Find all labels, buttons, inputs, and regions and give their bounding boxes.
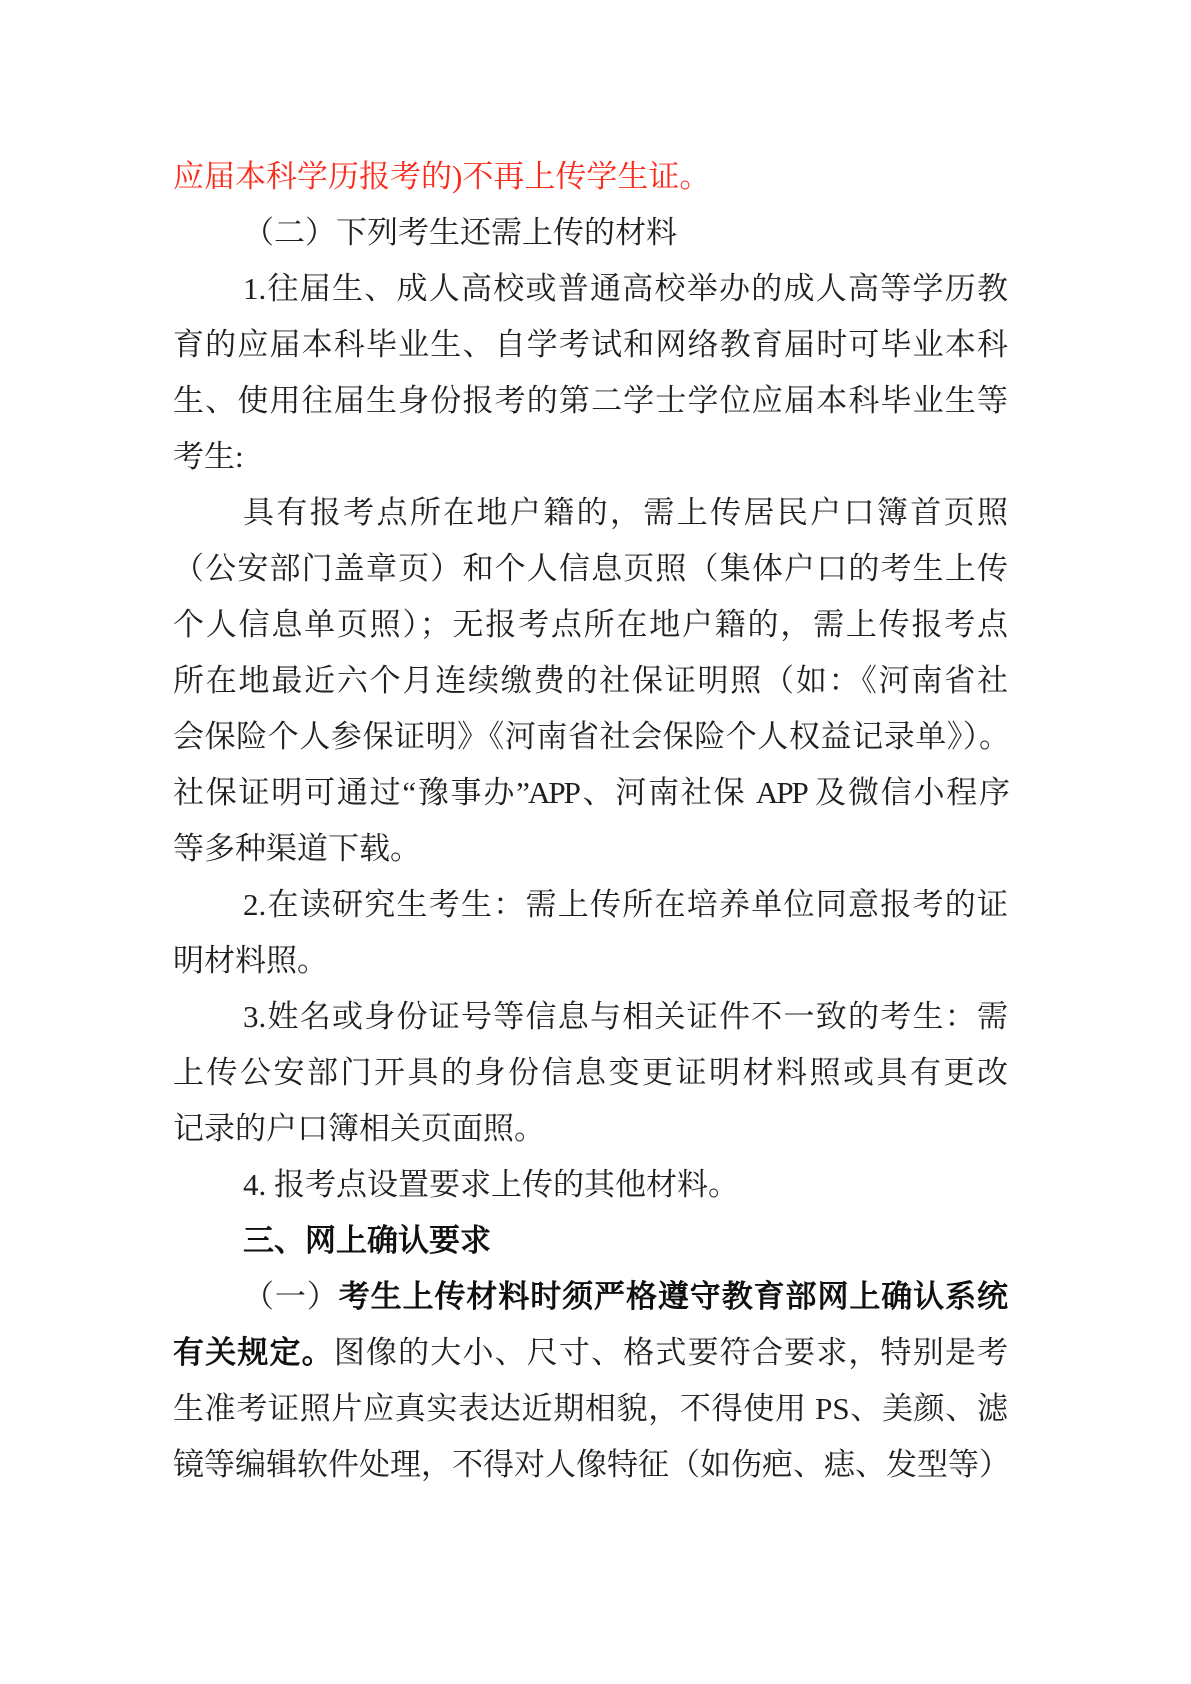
text-run: 上传公安部门开具的身份信息变更证明材料照或具有更改 — [173, 1055, 1008, 1090]
text-line: 记录的户口簿相关页面照。 — [173, 1101, 1008, 1157]
text-content: 应届本科学历报考的)不再上传学生证。（二）下列考生还需上传的材料1.往届生、成人… — [173, 149, 1008, 1493]
text-line: 社保证明可通过“豫事办”APP、河南社保 APP 及微信小程序 — [173, 765, 1008, 821]
text-run: 1.往届生、成人高校或普通高校举办的成人高等学历教 — [243, 271, 1008, 306]
text-line: 个人信息单页照）；无报考点所在地户籍的，需上传报考点 — [173, 597, 1008, 653]
text-line: 3.姓名或身份证号等信息与相关证件不一致的考生：需 — [173, 989, 1008, 1045]
text-line: 生、使用往届生身份报考的第二学士学位应届本科毕业生等 — [173, 373, 1008, 429]
text-run: 记录的户口簿相关页面照。 — [173, 1111, 545, 1146]
text-line: 2.在读研究生考生：需上传所在培养单位同意报考的证 — [173, 877, 1008, 933]
text-run: 所在地最近六个月连续缴费的社保证明照（如：《河南省社 — [173, 663, 1008, 698]
text-line: 4. 报考点设置要求上传的其他材料。 — [173, 1157, 1008, 1213]
text-line: 考生: — [173, 429, 1008, 485]
text-line: 会保险个人参保证明》《河南省社会保险个人权益记录单》）。 — [173, 709, 1008, 765]
text-run: 3.姓名或身份证号等信息与相关证件不一致的考生：需 — [243, 999, 1008, 1034]
bold-text-run: 考生上传材料时须严格遵守教育部网上确认系统 — [339, 1279, 1008, 1314]
section-heading: 三、网上确认要求 — [173, 1213, 1008, 1269]
text-line: 上传公安部门开具的身份信息变更证明材料照或具有更改 — [173, 1045, 1008, 1101]
text-line: 等多种渠道下载。 — [173, 821, 1008, 877]
text-line: （二）下列考生还需上传的材料 — [173, 205, 1008, 261]
text-line: 所在地最近六个月连续缴费的社保证明照（如：《河南省社 — [173, 653, 1008, 709]
text-line: 镜等编辑软件处理，不得对人像特征（如伤疤、痣、发型等） — [173, 1437, 1008, 1493]
text-line: （一）考生上传材料时须严格遵守教育部网上确认系统 — [173, 1269, 1008, 1325]
text-line: 明材料照。 — [173, 933, 1008, 989]
text-run: 2.在读研究生考生：需上传所在培养单位同意报考的证 — [243, 887, 1008, 922]
text-line: （公安部门盖章页）和个人信息页照（集体户口的考生上传 — [173, 541, 1008, 597]
text-run: 应届本科学历报考的)不再上传学生证。 — [173, 159, 710, 194]
text-run: 社保证明可通过“豫事办”APP、河南社保 APP 及微信小程序 — [173, 775, 1008, 810]
text-run: 镜等编辑软件处理，不得对人像特征（如伤疤、痣、发型等） — [173, 1447, 1008, 1482]
text-run: （公安部门盖章页）和个人信息页照（集体户口的考生上传 — [173, 551, 1008, 586]
text-run: （二）下列考生还需上传的材料 — [243, 215, 677, 250]
text-line: 育的应届本科毕业生、自学考试和网络教育届时可毕业本科 — [173, 317, 1008, 373]
bold-text-run: 有关规定。 — [173, 1335, 334, 1370]
text-line: 生准考证照片应真实表达近期相貌，不得使用 PS、美颜、滤 — [173, 1381, 1008, 1437]
text-run: 图像的大小、尺寸、格式要符合要求，特别是考 — [334, 1335, 1008, 1370]
text-run: 4. 报考点设置要求上传的其他材料。 — [243, 1167, 739, 1202]
document-page: 应届本科学历报考的)不再上传学生证。（二）下列考生还需上传的材料1.往届生、成人… — [0, 0, 1191, 1684]
text-run: 育的应届本科毕业生、自学考试和网络教育届时可毕业本科 — [173, 327, 1008, 362]
text-run: 考生: — [173, 439, 244, 474]
text-line: 1.往届生、成人高校或普通高校举办的成人高等学历教 — [173, 261, 1008, 317]
text-run: 个人信息单页照）；无报考点所在地户籍的，需上传报考点 — [173, 607, 1008, 642]
text-run: 会保险个人参保证明》《河南省社会保险个人权益记录单》）。 — [173, 719, 1008, 754]
text-run: （一） — [243, 1279, 339, 1314]
text-run: 具有报考点所在地户籍的，需上传居民户口簿首页照 — [243, 495, 1008, 530]
text-run: 明材料照。 — [173, 943, 328, 978]
text-run: 等多种渠道下载。 — [173, 831, 421, 866]
text-line: 有关规定。图像的大小、尺寸、格式要符合要求，特别是考 — [173, 1325, 1008, 1381]
red-text-line: 应届本科学历报考的)不再上传学生证。 — [173, 149, 1008, 205]
bold-text-run: 三、网上确认要求 — [243, 1223, 491, 1258]
text-run: 生、使用往届生身份报考的第二学士学位应届本科毕业生等 — [173, 383, 1008, 418]
text-run: 生准考证照片应真实表达近期相貌，不得使用 PS、美颜、滤 — [173, 1391, 1008, 1426]
text-line: 具有报考点所在地户籍的，需上传居民户口簿首页照 — [173, 485, 1008, 541]
